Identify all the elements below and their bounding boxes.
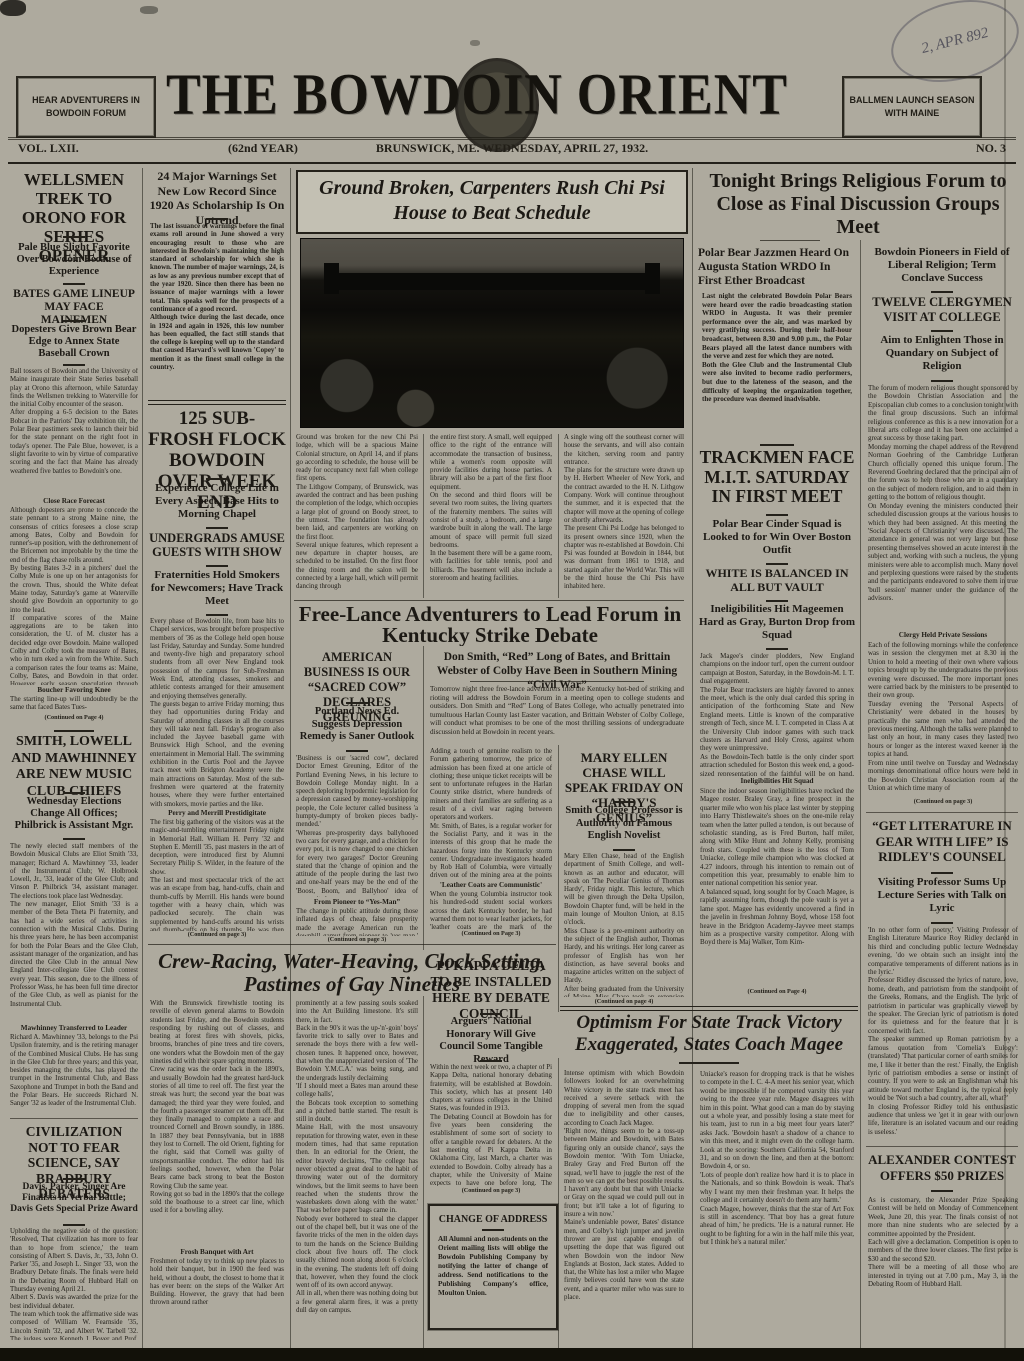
dateline: VOL. LXII. (62nd YEAR) BRUNSWICK, ME. WE…: [10, 141, 1014, 161]
body-wellsmen-1: Ball tossers of Bowdoin and the Universi…: [10, 368, 138, 496]
scan-smudge: [140, 6, 158, 14]
body-freelance-1: Adding a touch of genuine realism to the…: [430, 748, 552, 880]
deck-pioneers-2: TWELVE CLERGYMEN VISIT AT COLLEGE: [866, 295, 1018, 324]
body-trackmen-1: Jack Magee's cinder plodders, New Englan…: [700, 652, 854, 776]
scan-smudge: [470, 40, 480, 46]
stamp-text: 2, APR 892: [920, 24, 991, 57]
subhead-leather-coats: 'Leather Coats are Communistic': [430, 881, 552, 890]
body-subfrosh-2: The first big gathering of the visitors …: [150, 819, 284, 931]
deck-trackmen-3: Ineligibilities Hit Mageemen Hard as Gra…: [698, 603, 856, 642]
change-of-address-box: CHANGE OF ADDRESS All Alumni and non-stu…: [428, 1204, 558, 1330]
change-box-title2: CHANGE OF ADDRESS: [430, 1214, 556, 1225]
headline-optimism: Optimism For State Track Victory Exagger…: [560, 1012, 858, 1056]
continued-subfrosh: (Continued on page 3): [150, 931, 284, 939]
headline-ridley: “GET LITERATURE IN GEAR WITH LIFE” IS RI…: [866, 818, 1018, 865]
continued-chase: (Continued on page 4): [564, 998, 684, 1006]
deck-subfrosh-2: UNDERGRADS AMUSE GUESTS WITH SHOW: [148, 531, 286, 559]
body-alexander: As is customary, the Alexander Prize Spe…: [868, 1196, 1018, 1340]
subhead-perry-merrill: Perry and Merrill Prestidigitate: [150, 809, 284, 818]
body-pikappa: Within the next week or two, a chapter o…: [430, 1064, 552, 1186]
body-pioneers-1: The forum of modern religious thought sp…: [868, 384, 1018, 630]
headline-ground-broken: Ground Broken, Carpenters Rush Chi Psi H…: [296, 170, 688, 234]
body-trackmen-2: Since the indoor season ineligibilities …: [700, 787, 854, 987]
deck-business: Portland News Ed. Suggests Depression Re…: [296, 706, 418, 744]
newspaper-title: THE BOWDOIN ORIENT: [150, 62, 804, 128]
body-freelance-2: When the young Columbia instructor took …: [430, 891, 552, 929]
body-subfrosh-1: Every phase of Bowdoin life, from base h…: [150, 618, 284, 808]
body-music-2: Richard A. Mawhinney '33, belongs to the…: [10, 1034, 138, 1112]
intro-freelance: Tomorrow night three free-lance adventur…: [430, 685, 684, 743]
continued-wellsmen: (Continued on Page 4): [10, 714, 138, 722]
subhead-frosh-banquet: Frosh Banquet with Art: [150, 1248, 284, 1257]
body-music-1: The newly elected staff members of the B…: [10, 843, 138, 1023]
headline-alexander: ALEXANDER CONTEST OFFERS $50 PRIZES: [866, 1152, 1018, 1183]
body-crew-colA2: Freshmen of today try to think up new pl…: [150, 1258, 284, 1344]
subhead-close-race: Close Race Forecast: [10, 497, 138, 506]
chi-psi-construction-photo: [300, 238, 684, 428]
body-pioneers-2: Each of the following mornings while the…: [868, 641, 1018, 797]
deck-bradbury: Davis, Parker, Singer Are Finalists in V…: [10, 1182, 138, 1215]
headline-tonight-forum: Tonight Brings Religious Forum to Close …: [698, 170, 1018, 239]
newspaper-page: 2, APR 892 HEAR ADVENTURERS IN BOWDOIN F…: [0, 0, 1024, 1361]
subhead-clergy-sessions: Clergy Held Private Sessions: [868, 631, 1018, 640]
deck-trackmen-1: Polar Bear Cinder Squad is Looked to for…: [698, 518, 856, 557]
continued-business: (Continued on page 3): [296, 936, 418, 944]
subhead-pioneer-yesman: From Pioneer to “Yes-Man”: [296, 898, 418, 907]
issue-number: NO. 3: [976, 141, 1006, 156]
deck-subfrosh-3: Fraternities Hold Smokers for Newcomers;…: [148, 569, 286, 608]
body-business-2: The change in public attitude during tho…: [296, 908, 418, 936]
continued-freelance: (Continued on Page 3): [430, 930, 552, 938]
subhead-boucher: Boucher Favoring Knee: [10, 686, 138, 695]
continued-trackmen: (Continued on Page 4): [700, 988, 854, 996]
body-wellsmen-3: The starting line-up will undoubtedly be…: [10, 696, 138, 714]
body-wellsmen-2: Although dopesters are prone to concede …: [10, 507, 138, 685]
deck-pioneers-3: Aim to Enlighten Those in Quandary on Su…: [866, 334, 1018, 373]
body-crew-colA: With the Brunswick firewhistle tooting i…: [150, 1000, 284, 1246]
deck-ridley: Visiting Professor Sums Up Lecture Serie…: [866, 876, 1018, 915]
deck-wellsmen-3: Dopesters Give Brown Bear Edge to Annex …: [10, 324, 138, 360]
subhead-ineligibilities: Ineligibilities Hit Squad: [700, 777, 854, 786]
body-crew-colB: prominently at a few passing souls soake…: [296, 1000, 418, 1344]
subhead-mawhinney: Mawhinney Transferred to Leader: [10, 1024, 138, 1033]
left-ear-text: HEAR ADVENTURERS IN BOWDOIN FORUM: [18, 94, 154, 120]
headline-jazzmen: Polar Bear Jazzmen Heard On Augusta Stat…: [698, 246, 856, 288]
scan-bottom-bar: [0, 1348, 1024, 1361]
change-box-body: All Alumni and non-students on the Orien…: [438, 1235, 548, 1298]
deck-chase: Smith College Professor is Authority on …: [564, 805, 684, 843]
body-jazzmen: Last night the celebrated Bowdoin Polar …: [702, 292, 852, 440]
body-warnings: The last issuance of warnings before the…: [150, 223, 284, 395]
deck-subfrosh-1: Experience College Life in Every Aspect,…: [148, 482, 286, 521]
deck-pioneers-1: Bowdoin Pioneers in Field of Liberal Rel…: [866, 246, 1018, 285]
body-chipsi-col1: Ground was broken for the new Chi Psi lo…: [296, 434, 418, 598]
right-ear-box: BALLMEN LAUNCH SEASON WITH MAINE: [842, 76, 982, 138]
body-optimism-right: Uniacke's reason for dropping track is t…: [700, 1070, 854, 1346]
body-optimism-left: Intense optimism with which Bowdoin foll…: [564, 1070, 684, 1346]
body-bradbury: Upholding the negative side of the quest…: [10, 1228, 138, 1340]
deck-trackmen-2: WHITE IS BALANCED IN ALL BUT VAULT: [698, 566, 856, 594]
scan-smudge: [0, 0, 26, 16]
continued-pikappa: (Continued on page 3): [430, 1187, 552, 1195]
body-business-1: 'Business is our 'sacred cow'', declared…: [296, 755, 418, 897]
right-ear-text: BALLMEN LAUNCH SEASON WITH MAINE: [844, 94, 980, 120]
headline-freelance: Free-Lance Adventurers to Lead Forum in …: [296, 604, 684, 646]
dateline-center: BRUNSWICK, ME. WEDNESDAY, APRIL 27, 1932…: [10, 141, 1014, 156]
left-ear-box: HEAR ADVENTURERS IN BOWDOIN FORUM: [16, 76, 156, 138]
headline-trackmen: TRACKMEN FACE M.I.T. SATURDAY IN FIRST M…: [698, 448, 856, 507]
deck-wellsmen-1: Pale Blue Slight Favorite Over Bowdoin B…: [10, 242, 138, 278]
body-ridley: 'In no other form of poetry,' Visiting P…: [868, 926, 1018, 1140]
body-chipsi-col3: A single wing off the southeast corner w…: [564, 434, 684, 598]
continued-pioneers: (Continued on page 3): [868, 798, 1018, 806]
deck-music-club: Wednesday Elections Change All Offices; …: [10, 796, 138, 832]
body-chipsi-col2: the entire first story. A small, well eq…: [430, 434, 552, 598]
body-chase: Mary Ellen Chase, head of the English de…: [564, 853, 684, 997]
